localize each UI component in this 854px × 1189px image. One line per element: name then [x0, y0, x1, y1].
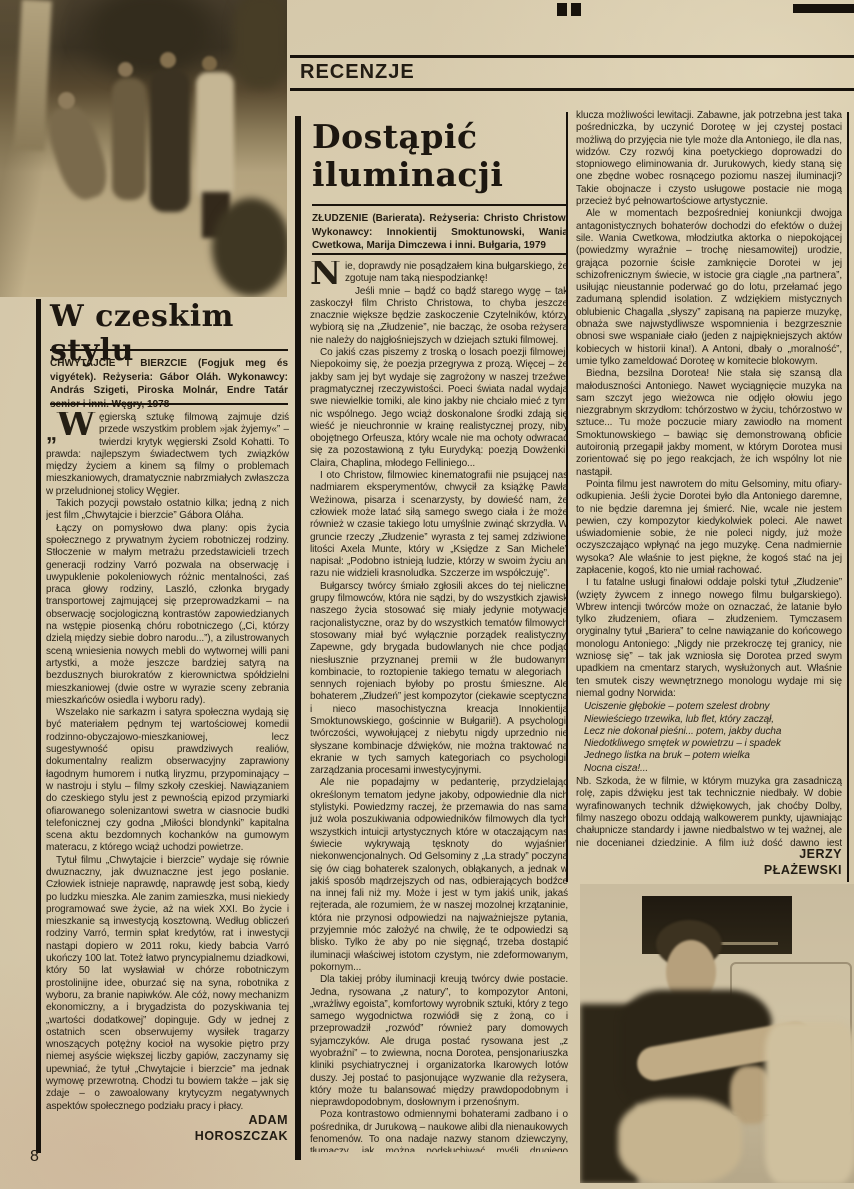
paragraph: Wszelako nie sarkazm i satyra społeczna … [46, 707, 289, 855]
article-mid-author: JERZY PŁAŻEWSKI [576, 846, 842, 878]
paragraph: Biedna, bezsilna Dorotea! Nie stała się … [576, 368, 842, 479]
article-mid-body: Nie, doprawdy nie posądzałem kina bułgar… [310, 261, 568, 1152]
photo-shape [160, 52, 176, 68]
paragraph: Jeśli mnie – bądź co bądź starego wygę –… [310, 286, 568, 347]
paragraph: Pointa filmu jest nawrotem do mitu Gelso… [576, 479, 842, 577]
photo-shape [212, 198, 287, 296]
actor-photo [580, 884, 854, 1183]
photo-shape [41, 100, 114, 205]
paragraph: Nie, doprawdy nie posądzałem kina bułgar… [310, 261, 568, 286]
article-mid-title: Dostąpić iluminacji [312, 118, 570, 194]
divider [50, 349, 288, 351]
paragraph: Co jakiś czas piszemy z troską o losach … [310, 347, 568, 470]
photo-shape [118, 62, 133, 77]
drop-cap: „W [46, 413, 95, 437]
photo-shape [196, 72, 234, 200]
photo-shape [233, 0, 287, 88]
paragraph: Bułgarscy twórcy śmiało zgłosili akces d… [310, 581, 568, 778]
photo-shape [14, 0, 52, 151]
column-rule [847, 112, 849, 882]
article-left-body: „Węgierską sztukę filmową zajmuje dziś p… [46, 412, 289, 1112]
photo-shape [58, 92, 75, 109]
divider [312, 253, 568, 255]
divider [312, 204, 568, 206]
scan-mark [571, 3, 581, 16]
photo-shape [112, 78, 146, 200]
paragraph: Nb. Szkoda, że w filmie, w którym muzyka… [576, 776, 842, 846]
scan-mark [557, 3, 567, 16]
magazine-page: { "theme": { "paper": "#d6c9ab", "ink": … [0, 0, 854, 1189]
paragraph: klucza możliwości lewitacji. Zabawne, ja… [576, 110, 842, 208]
paragraph: Tytuł filmu „Chwytajcie i bierzcie” wyda… [46, 855, 289, 1112]
page-number: 8 [30, 1148, 39, 1166]
section-header: RECENZJE [290, 55, 854, 91]
paragraph: „Węgierską sztukę filmową zajmuje dziś p… [46, 412, 289, 498]
column-rule [566, 112, 568, 882]
article-mid-body-col2: klucza możliwości lewitacji. Zabawne, ja… [576, 110, 842, 846]
drop-cap: N [310, 262, 341, 286]
article-left-rule [36, 299, 41, 1153]
paragraph: I tu fatalne usługi finałowi oddaje pols… [576, 577, 842, 700]
paragraph: Łączy on pomysłowo dwa plany: opis życia… [46, 523, 289, 707]
photo-shape [765, 1022, 854, 1183]
paragraph: Dla takiej próby iluminacji kreują twórc… [310, 974, 568, 1109]
photo-shape [618, 1098, 742, 1183]
scan-mark [793, 4, 854, 13]
paragraph: Takich pozycji powstało ostatnio kilka; … [46, 498, 289, 523]
article-mid-rule [295, 116, 301, 1160]
paragraph: Ale nie popadajmy w pedanterię, przydzie… [310, 777, 568, 974]
poem-quote: Uciszenie głębokie – potem szelest drobn… [584, 701, 842, 775]
article-mid-credits: ZŁUDZENIE (Barierata). Reżyseria: Christ… [312, 212, 568, 253]
paragraph: Poza kontrastowo odmiennymi bohaterami z… [310, 1109, 568, 1152]
section-header-label: RECENZJE [300, 61, 415, 83]
photo-shape [150, 70, 190, 212]
article-left-author: ADAM HOROSZCZAK [50, 1112, 288, 1144]
photo-shape [202, 56, 217, 71]
paragraph: Ale w momentach bezpośredniej koniunkcji… [576, 208, 842, 368]
divider [50, 403, 288, 405]
film-still-photo [0, 0, 287, 297]
paragraph: I oto Christow, filmowiec kinematografii… [310, 470, 568, 581]
